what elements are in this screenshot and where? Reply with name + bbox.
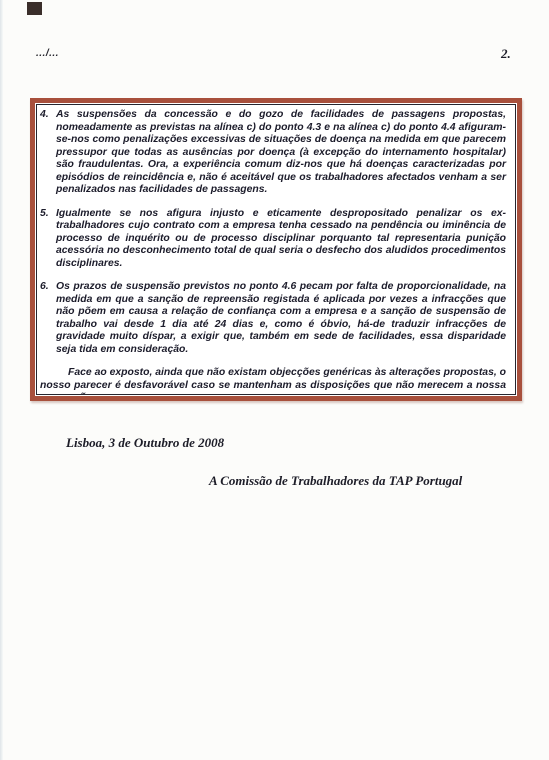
- paragraph-text: Os prazos de suspensão previstos no pont…: [56, 281, 506, 356]
- notice-box: 4. As suspensões da concessão e do gozo …: [30, 98, 522, 401]
- signature-line: A Comissão de Trabalhadores da TAP Portu…: [209, 473, 462, 489]
- numbered-paragraph-5: 5. Igualmente se nos afigura injusto e e…: [40, 208, 506, 271]
- paragraph-text: As suspensões da concessão e do gozo de …: [56, 109, 506, 197]
- closing-paragraph: Face ao exposto, ainda que não existam o…: [40, 367, 506, 395]
- paragraph-text: Igualmente se nos afigura injusto e etic…: [56, 208, 506, 271]
- scan-corner-mark: [27, 2, 42, 15]
- document-page: .../... 2. 4. As suspensões da concessão…: [0, 0, 549, 760]
- continuation-mark: .../...: [36, 48, 59, 59]
- numbered-paragraph-4: 4. As suspensões da concessão e do gozo …: [40, 109, 506, 197]
- scan-edge-artifact: [0, 0, 3, 760]
- paragraph-number: 6.: [40, 281, 56, 356]
- numbered-paragraph-6: 6. Os prazos de suspensão previstos no p…: [40, 281, 506, 356]
- paragraph-number: 4.: [40, 109, 56, 197]
- paragraph-number: 5.: [40, 208, 56, 271]
- page-number: 2.: [501, 46, 511, 62]
- date-line: Lisboa, 3 de Outubro de 2008: [66, 435, 224, 451]
- notice-box-inner: 4. As suspensões da concessão e do gozo …: [36, 104, 516, 395]
